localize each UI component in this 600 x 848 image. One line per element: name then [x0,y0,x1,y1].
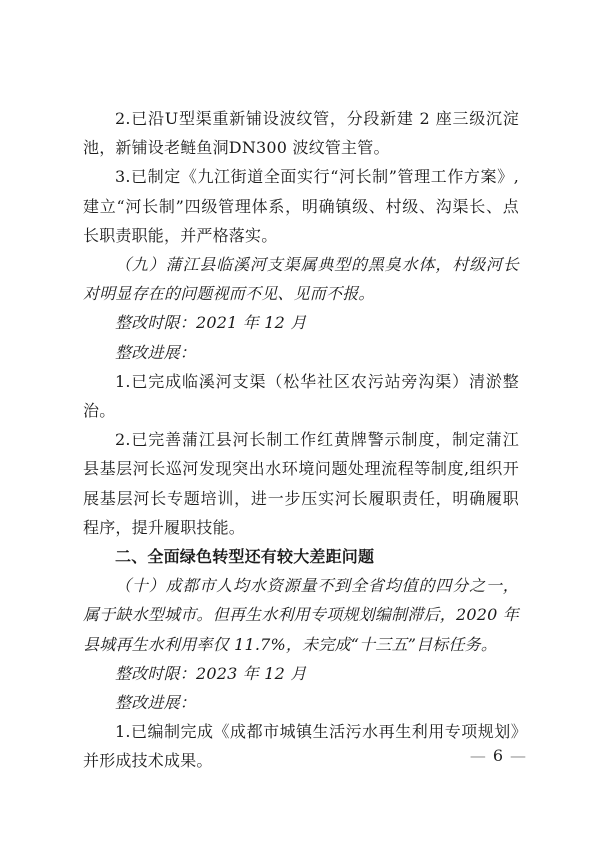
para-progress-label-1: 整改进展： [83,338,519,367]
para-deadline-2021: 整改时限：2021 年 12 月 [83,308,519,337]
para-problem-10-water-resources: （十）成都市人均水资源量不到全省均值的四分之一，属于缺水型城市。但再生水利用专项… [83,571,519,659]
para-progress-2-item-1-reclaimed-water-plan: 1.已编制完成《成都市城镇生活污水再生利用专项规划》并形成技术成果。 [83,717,519,775]
para-deadline-2023: 整改时限：2023 年 12 月 [83,659,519,688]
page-number-value: 6 [493,746,503,766]
section-heading-green-transition: 二、全面绿色转型还有较大差距问题 [83,542,519,571]
para-progress-1-item-1-dredging: 1.已完成临溪河支渠（松华社区农污站旁沟渠）清淤整治。 [83,367,519,425]
document-body: 2.已沿U型渠重新铺设波纹管，分段新建 2 座三级沉淀池，新铺设老鲢鱼洞DN30… [83,104,519,776]
para-progress-item-3-river-chief-plan: 3.已制定《九江街道全面实行“河长制”管理工作方案》,建立“河长制”四级管理体系… [83,162,519,250]
para-progress-label-2: 整改进展： [83,688,519,717]
page-number-dash-left: — [470,746,486,765]
para-problem-9-linxi-river: （九）蒲江县临溪河支渠属典型的黑臭水体，村级河长对明显存在的问题视而不见、见而不… [83,250,519,308]
page-number-dash-right: — [510,746,526,765]
para-progress-item-2-pipes: 2.已沿U型渠重新铺设波纹管，分段新建 2 座三级沉淀池，新铺设老鲢鱼洞DN30… [83,104,519,162]
para-progress-1-item-2-warning-system: 2.已完善蒲江县河长制工作红黄牌警示制度，制定蒲江县基层河长巡河发现突出水环境问… [83,425,519,542]
document-page: 2.已沿U型渠重新铺设波纹管，分段新建 2 座三级沉淀池，新铺设老鲢鱼洞DN30… [0,0,600,848]
page-number: —6— [470,746,526,766]
